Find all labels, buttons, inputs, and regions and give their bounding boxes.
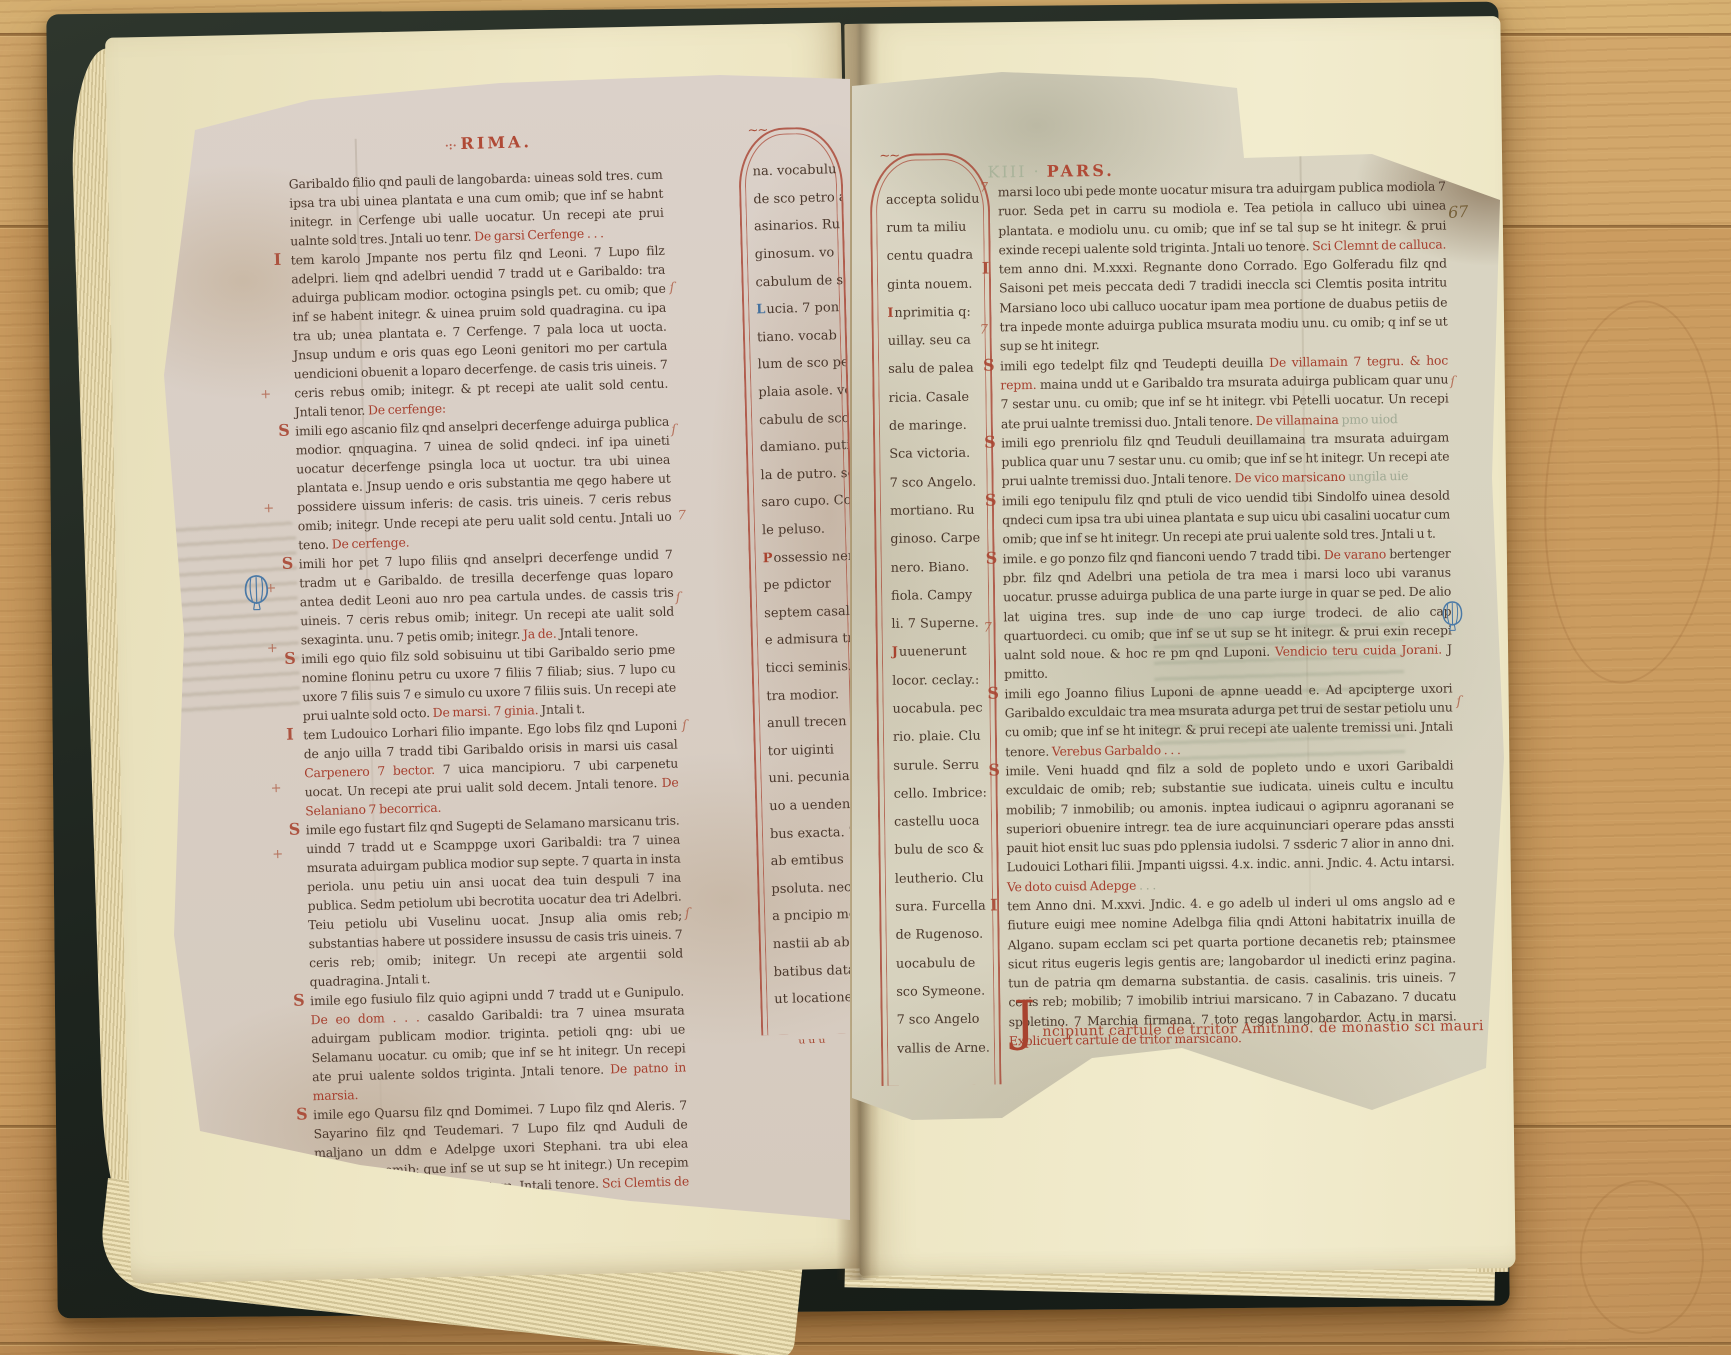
manuscript-entry: Simile ego fustart filz qnd Sugepti de S… [305,811,683,992]
colored-initial: P [763,551,773,566]
column-line: nero. Biano. [877,552,993,582]
margin-penwork-mark: + [263,501,274,516]
manuscript-entry: Garibaldo filio qnd pauli de langobarda:… [289,165,665,251]
column-line: bulu de sco & [880,835,996,865]
column-line: rio. plaie. Clu [879,722,995,752]
body-text: pmo uiod [1341,411,1397,427]
column-line: li. 7 Superne. [877,609,993,639]
body-text: imile ego fustart filz qnd Sugepti de Se… [306,813,684,990]
rubric-text: De garsi Cerfenge . . . [474,225,604,243]
column-line: sura. Furcella [881,892,997,922]
column-line: ricia. Casale [874,383,990,413]
column-line: cello. Imbrice: [880,779,996,809]
manuscript-entry: Simili ego prenriolu filz qnd Teuduli de… [1001,427,1450,491]
column-line: surule. Serru [879,750,995,780]
manuscript-entry: Simili ego ascanio filz qnd anselpri dec… [295,412,672,555]
column-line: centu quadra [872,241,988,271]
right-parchment-leaf: ~~ accepta solidurum ta miliucentu quadr… [852,58,1512,1183]
rubric-text: De eo dom . . . [310,1009,427,1027]
body-text: imili ego ascanio filz qnd anselpri dece… [295,414,672,553]
entry-initial: S [284,651,296,667]
margin-penwork-mark: + [260,387,271,402]
rubric-text: De varano [1324,546,1390,562]
manuscript-entry: Item Ludouico Lorhari filio impante. Ego… [303,716,679,821]
entry-initial: S [988,762,1000,778]
entry-initial: S [288,821,300,837]
manuscript-entry: Simili ego quio filz sold sobisuinu ut t… [301,640,677,726]
margin-penwork-mark: ſ [1450,374,1455,389]
column-line: na. vocabulu [740,156,841,186]
column-line: ginoso. Carpe [876,524,992,554]
body-text: imile. Veni huadd qnd filz a sold de pop… [1005,757,1454,874]
column-line: accepta solidu [872,185,988,215]
body-text: tem anno dni. M.xxxi. Regnante dono Corr… [999,256,1448,354]
column-line: leutherio. Clu [881,864,997,894]
column-line: castellu uoca [880,807,996,837]
entry-initial: I [274,252,282,268]
margin-penwork-mark: 7 [677,508,686,523]
entry-initial: S [293,992,305,1008]
manuscript-entry: Simile ego fusiulo filz quio agipni undd… [310,981,687,1105]
manuscript-entry: Simile. e go ponzo filz qnd fianconi uen… [1003,543,1453,684]
column-line: fiola. Campy [877,581,993,611]
column-line: septem casalor: [752,597,853,627]
manuscript-entry: Simili ego tenipulu filz qnd ptuli de vi… [1002,485,1451,549]
column-line: asinarios. Ru [742,211,843,241]
column-line: psoluta. necia [759,873,860,903]
blue-knot-doodle-icon [243,573,270,622]
column-line: ticci seminis. [753,653,854,683]
column-line: cabulu de sco [747,404,848,434]
gutter-column-text: na. vocabulude sco petro adasinarios. Ru… [740,128,864,1035]
margin-penwork-mark: ſ [676,590,681,605]
column-line: tor uiginti [755,735,856,765]
column-line: plaia asole. vo [746,377,847,407]
column-line: vallis de Arne. [883,1033,999,1063]
column-line: bus exacta. 7 [758,818,859,848]
column-line: ginta nouem. [873,269,989,299]
manuscript-entry: marsi loco ubi pede monte uocatur misura… [998,177,1447,260]
rubric-text: De cerfenge: [368,401,446,418]
column-line: anull trecen [755,708,856,738]
column-line: Sca victoria. [875,439,991,469]
rubric-text: De villamaina [1256,411,1342,427]
column-line: uocabula. pec [878,694,994,724]
left-page-heading: ·:·RIMA. [445,132,533,153]
manuscript-entry: Simili ego tedelpt filz qnd Teudepti deu… [1000,350,1449,433]
column-line: damiano. puti [748,432,849,462]
rubric-text: Ja de. [523,626,560,642]
body-text: imile. e go ponzo filz qnd fianconi uend… [1003,547,1324,566]
column-line: tiano. vocab [745,322,846,352]
manuscript-entry: Item karolo Jmpante nos pertu filz qnd L… [291,241,669,422]
rubric-text: De marsi. 7 ginia. [432,702,541,720]
column-line: le peluso. [750,515,851,545]
entry-initial: I [286,727,294,743]
right-page-heading: KIII ·PARS. [987,161,1114,182]
gutter-column-frame: ~~ accepta solidurum ta miliucentu quadr… [869,152,1001,1085]
margin-penwork-mark: + [270,781,281,796]
column-line: la de putro. sos [748,460,849,490]
body-text: tem karolo Jmpante nos pertu filz qnd Le… [291,243,669,420]
column-line: de maringe. [875,411,991,441]
column-line: de Rugenoso. [881,920,997,950]
body-text: imili ego tenipulu filz qnd ptuli de vic… [1002,487,1450,546]
entry-initial: S [282,556,294,572]
column-line: Lucia. 7 pon [744,294,845,324]
entry-initial: S [296,1106,308,1122]
rubric-text: De vico marsicano [1234,469,1348,485]
heading-flourish: ·:· [445,139,457,152]
margin-penwork-mark: ſ [671,422,676,437]
wood-grain-knot [1580,1180,1704,1334]
incipit-initial: J [1013,998,1035,1044]
body-text: Jntali tenore. [559,624,638,641]
column-line: 7 sco Angelo. [875,467,991,497]
rubric-text: Verebus Garbaldo . . . [1052,742,1181,759]
right-page-text-block: marsi loco ubi pede monte uocatur misura… [998,177,1457,1051]
incipit-rubric: J ncipiunt cartule de trritor Amitnino. … [1014,1002,1465,1054]
rubric-text: Carpenero 7 bector. [304,762,443,781]
column-line: Possessio nem [750,542,851,572]
left-parchment-leaf: ·:·RIMA. Garibaldo filio qnd pauli de la… [160,75,850,1220]
folio-page-number: 67 [1448,202,1470,222]
column-line: salu de palea [874,354,990,384]
column-tassels: uuu [798,1036,828,1046]
column-line: batibus data. [761,956,862,986]
rubric-text: De cerfenge. [332,535,410,552]
column-line: de sco petro ad [741,184,842,214]
column-line: lum de sco pet [745,349,846,379]
entry-initial: S [985,492,997,508]
margin-penwork-mark: ſ [682,718,687,733]
column-line: sco Symeone. [882,977,998,1007]
column-line: a pncipio mo [760,901,861,931]
column-line: ab emtibus [758,846,859,876]
entry-initial: I [990,897,998,913]
blue-knot-doodle-icon [1441,599,1464,641]
column-line: mortiano. Ru [876,496,992,526]
manuscript-entry: Simili ego Joanno filius Luponi de apnne… [1004,678,1453,761]
colored-initial: J [892,645,898,660]
wood-seam [0,1342,1731,1345]
column-line: tra modior. [754,680,855,710]
manuscript-entry: Simili hor pet 7 lupo filiis qnd anselpr… [298,545,674,650]
manuscript-entry: Item anno dni. M.xxxi. Regnante dono Cor… [999,254,1448,356]
margin-penwork-mark: ſ [1456,694,1461,709]
colored-initial: I [887,306,893,321]
column-line: rum ta miliu [872,213,988,243]
body-text: ungila uie [1348,468,1408,484]
column-line: saro cupo. Col [749,487,850,517]
margin-penwork-mark: ſ [685,906,690,921]
column-line: uni. pecunia [756,763,857,793]
entry-initial: S [278,423,290,439]
entry-initial: S [983,357,995,373]
entry-initial: S [986,550,998,566]
column-line: nastii ab ab [761,928,862,958]
column-line: Inprimitia q: [873,298,989,328]
gutter-column-frame: ~~ na. vocabulude sco petro adasinarios.… [737,126,865,1035]
ghost-text-bleedthrough [164,520,301,713]
column-line: e admisura tri [753,625,854,655]
body-text: tem Ludouico Lorhari filio impante. Ego … [303,718,678,762]
manuscript-entry: Simile. Veni huadd qnd filz a sold de po… [1005,755,1455,896]
entry-initial: S [987,685,999,701]
column-line: uo a uendenti [757,791,858,821]
rubric-text: Ve doto cuisd Adepge [1007,877,1139,894]
column-line: ginosum. vo [742,239,843,269]
margin-penwork-mark: + [272,847,283,862]
margin-penwork-mark: ſ [669,280,674,295]
left-page-text-block: Garibaldo filio qnd pauli de langobarda:… [289,165,692,1276]
body-text: imili ego tedelpt filz qnd Teudepti deui… [1000,355,1269,374]
body-text: . . . [1139,877,1156,892]
column-line: uillay. seu ca [874,326,990,356]
column-line: locor. ceclay.: [878,666,994,696]
column-line: cabulum de sca [743,266,844,296]
gutter-column-text: accepta solidurum ta miliucentu quadragi… [871,155,999,1086]
open-manuscript-photo: ·:·RIMA. Garibaldo filio qnd pauli de la… [0,0,1731,1355]
colored-initial: L [756,302,766,317]
entry-initial: I [982,261,990,277]
column-line: ut locatione [762,984,863,1014]
body-text: Jntali t. [541,701,585,717]
rubric-text: Sci Clemnt de calluca. [1312,236,1446,253]
column-line: pe pdictor [751,570,852,600]
column-line: 7 sco Angelo [883,1005,999,1035]
entry-initial: S [984,434,996,450]
rubric-text: Vendicio teru cuida Jorani. [1275,642,1447,659]
heading-faded-part: KIII · [987,162,1040,182]
column-line: uocabulu de [882,948,998,978]
column-line: Juuenerunt [878,637,994,667]
